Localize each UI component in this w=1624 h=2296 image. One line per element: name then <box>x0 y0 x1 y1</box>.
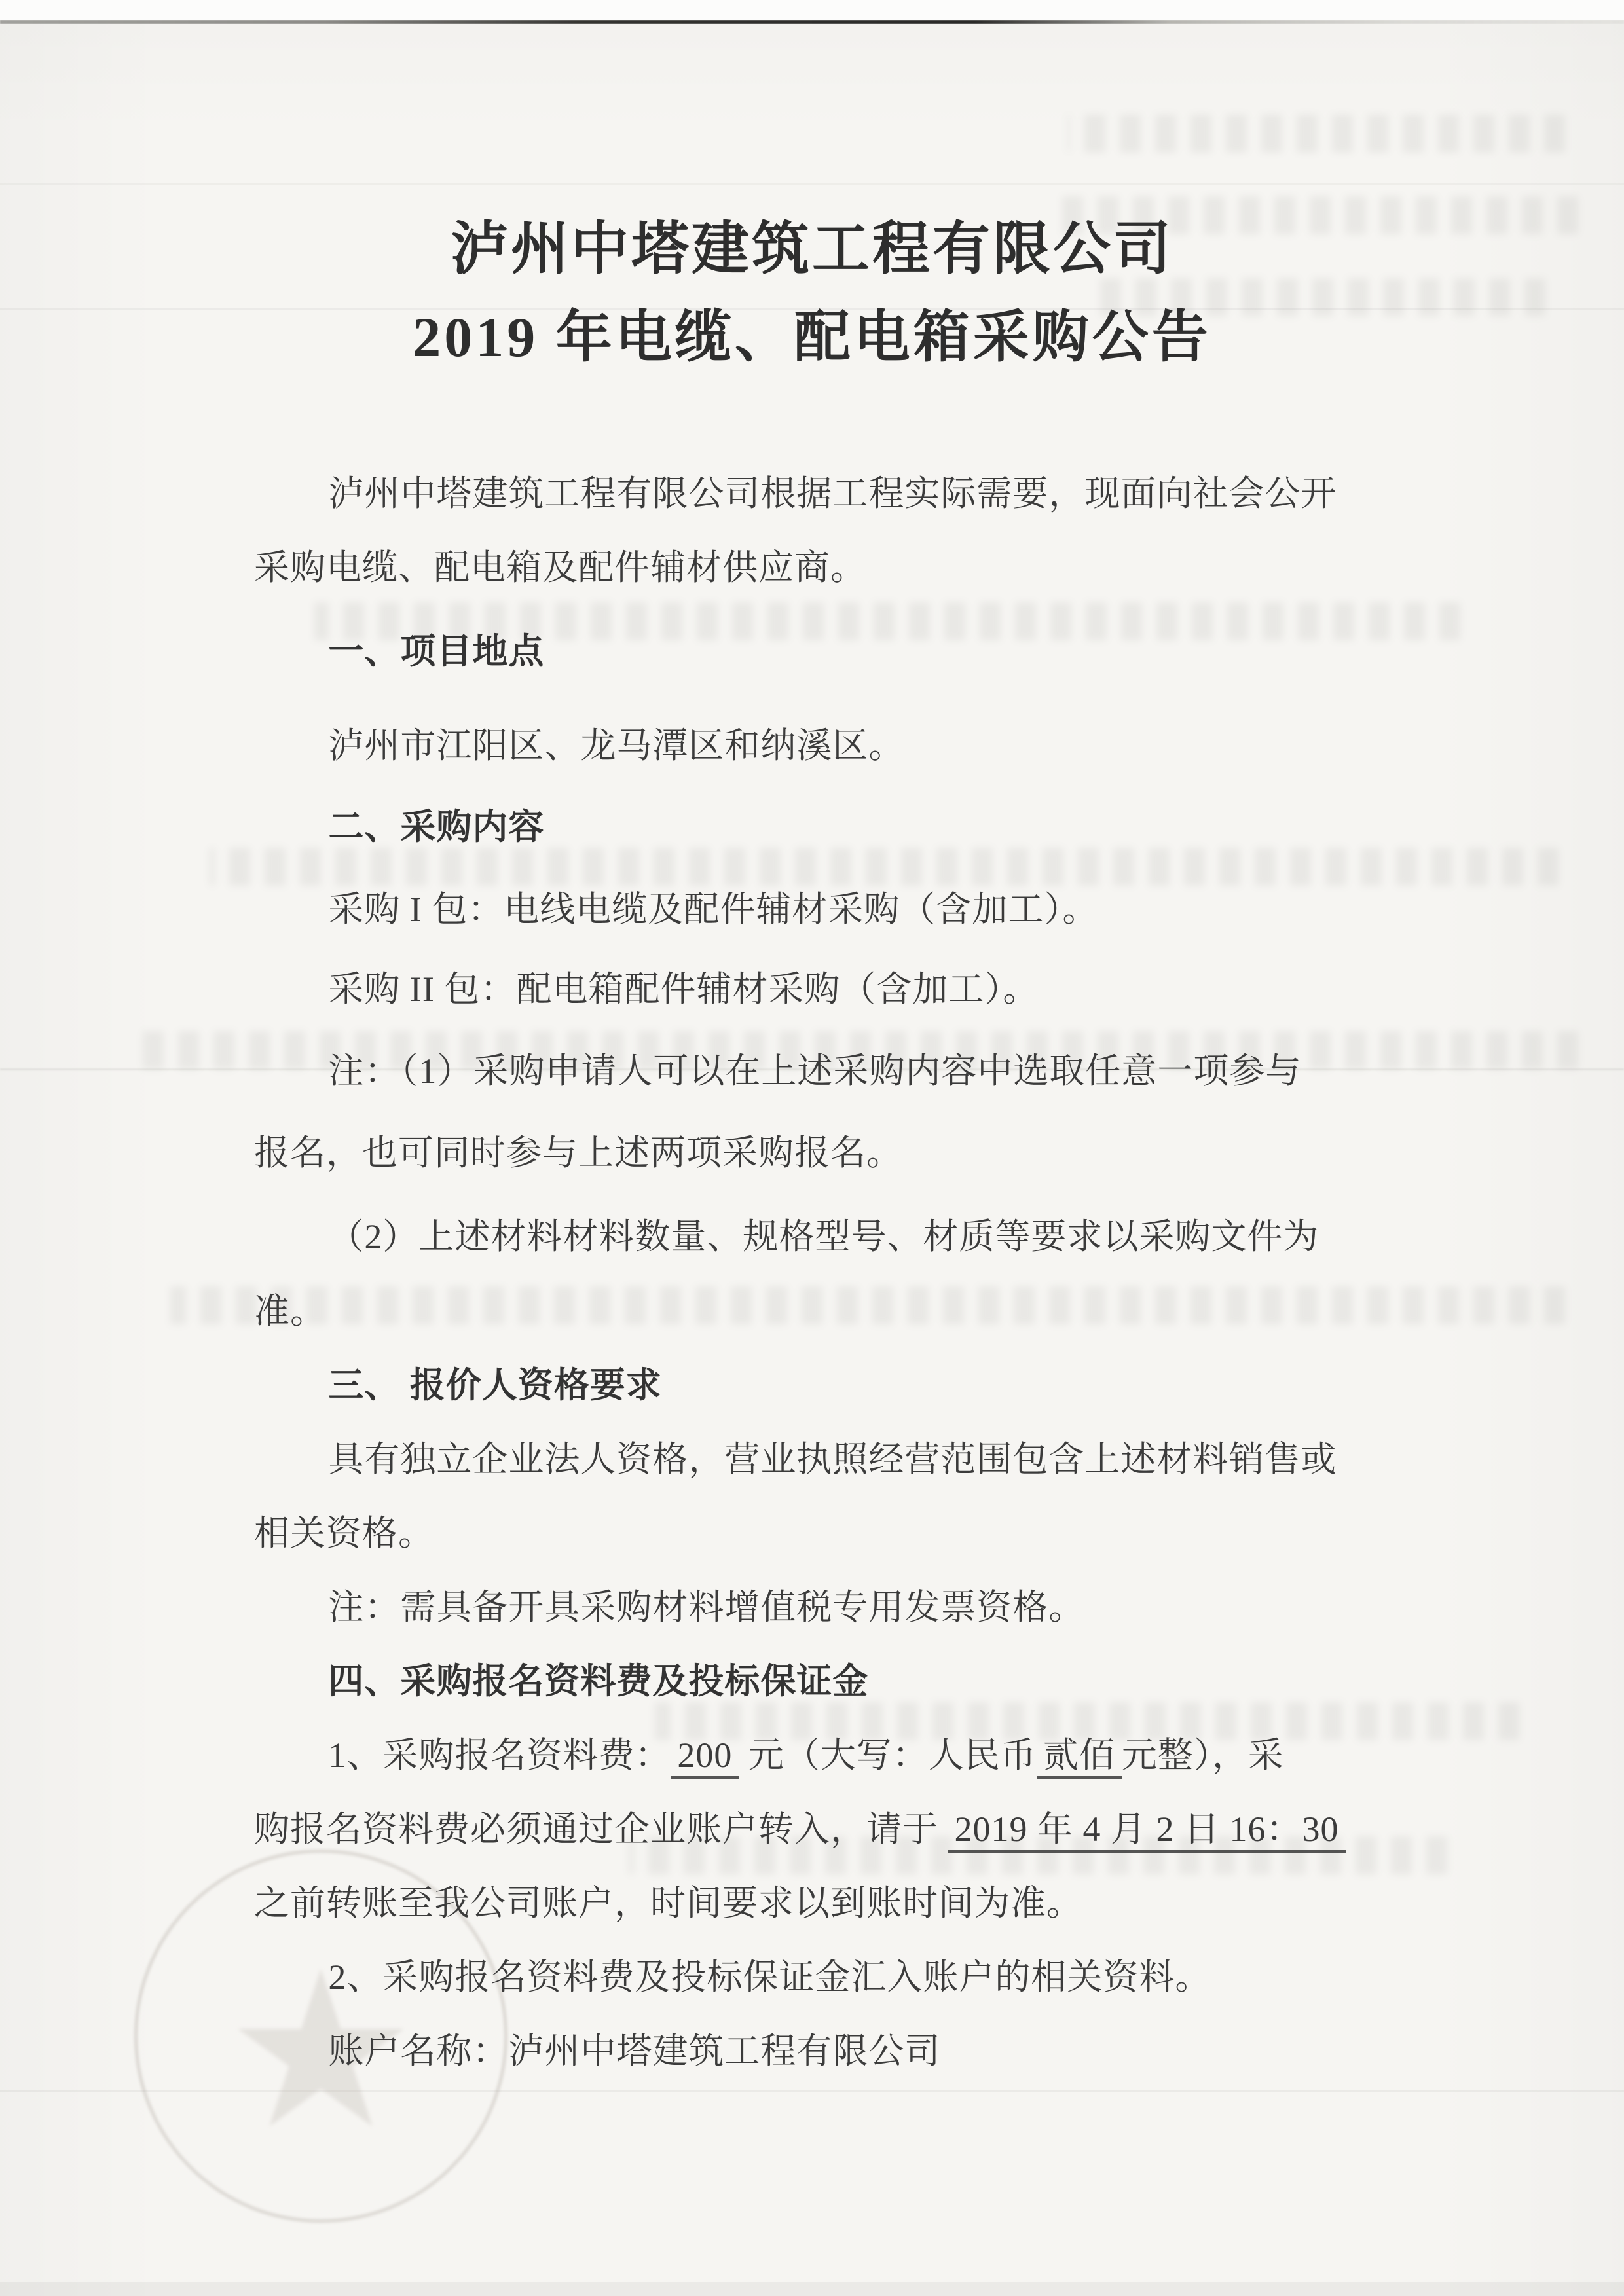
scan-bottom-edge <box>0 2282 1624 2296</box>
section3-line: 具有独立企业法人资格，营业执照经营范围包含上述材料销售或 <box>254 1423 1382 1497</box>
item2-line: 2、采购报名资料费及投标保证金汇入账户的相关资料。 <box>254 1941 1382 2014</box>
document-body: 泸州中塔建筑工程有限公司根据工程实际需要，现面向社会公开 采购电缆、配电箱及配件… <box>254 457 1382 2088</box>
fee-text: 购报名资料费必须通过企业账户转入，请于 <box>254 1810 948 1849</box>
section1-heading: 一、项目地点 <box>254 615 1382 689</box>
fee-text: 元（大写：人民币 <box>739 1736 1037 1775</box>
intro-line: 泸州中塔建筑工程有限公司根据工程实际需要，现面向社会公开 <box>254 457 1382 531</box>
fee-amount-underlined: 200 <box>671 1736 739 1779</box>
doc-subtitle: 2019 年电缆、配电箱采购公告 <box>0 309 1624 365</box>
scanned-document-page: ★ 泸州中塔建筑工程有限公司 2019 年电缆、配电箱采购公告 泸州中塔建筑工程… <box>0 0 1624 2296</box>
scan-top-strip <box>0 0 1624 20</box>
note1-line: 报名，也可同时参与上述两项采购报名。 <box>254 1116 1382 1190</box>
section3-line: 相关资格。 <box>254 1497 1382 1571</box>
package2-line: 采购 II 包：配电箱配件辅材采购（含加工）。 <box>254 953 1382 1027</box>
deadline-underlined: 2019 年 4 月 2 日 16：30 <box>948 1810 1346 1853</box>
intro-line: 采购电缆、配电箱及配件辅材供应商。 <box>254 531 1382 605</box>
fee-words-underlined: 贰佰 <box>1037 1736 1122 1779</box>
account-name-line: 账户名称：泸州中塔建筑工程有限公司 <box>254 2014 1382 2088</box>
section2-heading: 二、采购内容 <box>254 790 1382 864</box>
note1-line: 注：（1）采购申请人可以在上述采购内容中选取任意一项参与 <box>254 1034 1382 1108</box>
scan-fold-line <box>0 183 1624 185</box>
section3-heading: 三、 报价人资格要求 <box>254 1349 1382 1423</box>
page-top-edge <box>0 20 1624 24</box>
note2-line: 准。 <box>254 1275 1382 1349</box>
fee-line: 之前转账至我公司账户，时间要求以到账时间为准。 <box>254 1867 1382 1941</box>
section1-line: 泸州市江阳区、龙马潭区和纳溪区。 <box>254 709 1382 783</box>
fee-text: 1、采购报名资料费： <box>328 1736 671 1775</box>
fee-text: 元整），采 <box>1122 1736 1284 1775</box>
bleedthrough-smudge <box>1067 115 1565 153</box>
package1-line: 采购 I 包：电线电缆及配件辅材采购（含加工）。 <box>254 873 1382 947</box>
document-header: 泸州中塔建筑工程有限公司 2019 年电缆、配电箱采购公告 <box>0 221 1624 365</box>
fee-line: 1、采购报名资料费：200 元（大写：人民币贰佰元整），采 <box>254 1719 1382 1793</box>
note2-line: （2）上述材料材料数量、规格型号、材质等要求以采购文件为 <box>254 1200 1382 1274</box>
section4-heading: 四、采购报名资料费及投标保证金 <box>254 1645 1382 1719</box>
section3-note: 注：需具备开具采购材料增值税专用发票资格。 <box>254 1571 1382 1645</box>
fee-line: 购报名资料费必须通过企业账户转入，请于 2019 年 4 月 2 日 16：30 <box>254 1793 1382 1867</box>
doc-title: 泸州中塔建筑工程有限公司 <box>0 221 1624 279</box>
